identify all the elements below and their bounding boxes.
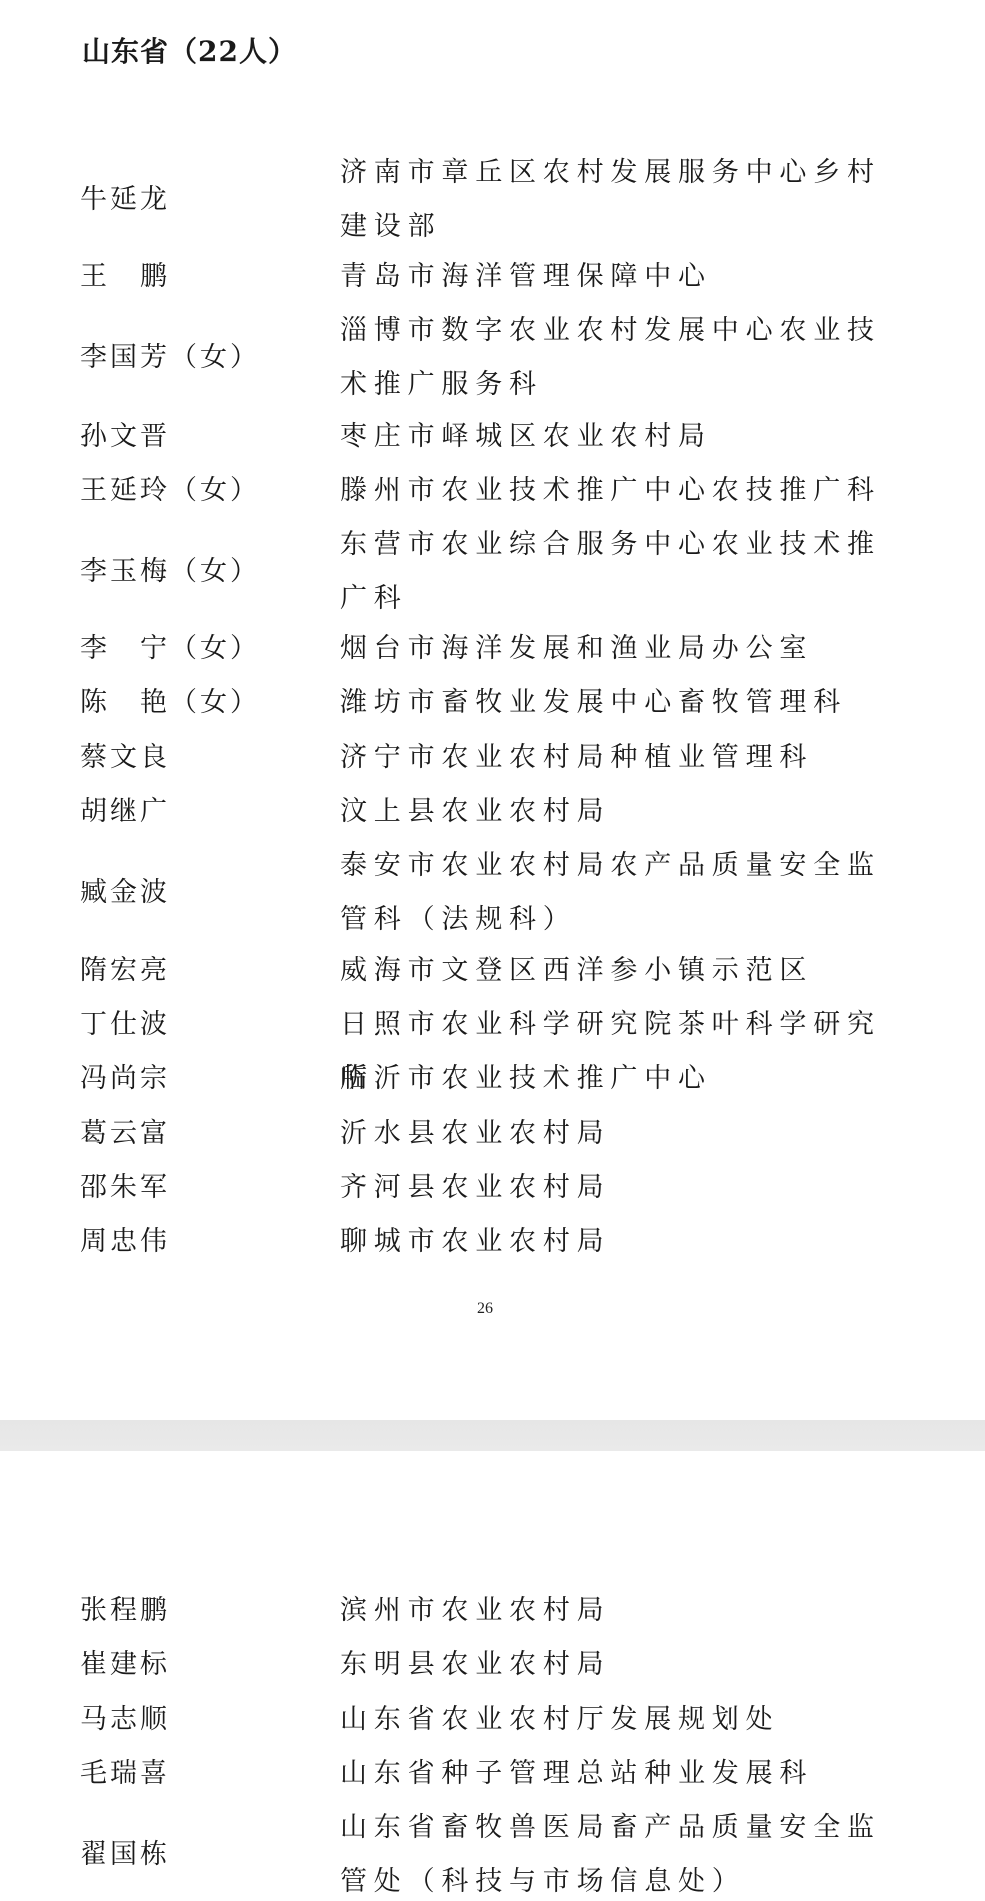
person-name: 李 宁（女） bbox=[80, 622, 260, 676]
person-name: 张程鹏 bbox=[80, 1584, 170, 1638]
list-item: 丁仕波日照市农业科学研究院茶叶科学研究所 bbox=[0, 998, 985, 1052]
person-name: 李国芳（女） bbox=[80, 331, 260, 385]
organization: 潍坊市畜牧业发展中心畜牧管理科 bbox=[340, 676, 900, 730]
person-name: 翟国栋 bbox=[80, 1828, 170, 1882]
organization: 滨州市农业农村局 bbox=[340, 1584, 900, 1638]
person-name: 丁仕波 bbox=[80, 998, 170, 1052]
person-name: 冯尚宗 bbox=[80, 1052, 170, 1106]
person-name: 马志顺 bbox=[80, 1693, 170, 1747]
organization: 山东省种子管理总站种业发展科 bbox=[340, 1747, 900, 1801]
person-name: 陈 艳（女） bbox=[80, 676, 260, 730]
list-item: 隋宏亮威海市文登区西洋参小镇示范区 bbox=[0, 944, 985, 998]
list-item: 毛瑞喜山东省种子管理总站种业发展科 bbox=[0, 1747, 985, 1801]
organization: 枣庄市峄城区农业农村局 bbox=[340, 410, 900, 464]
person-name: 牛延龙 bbox=[80, 173, 170, 227]
person-name: 胡继广 bbox=[80, 785, 170, 839]
list-item: 周忠伟聊城市农业农村局 bbox=[0, 1215, 985, 1269]
person-name: 蔡文良 bbox=[80, 731, 170, 785]
person-name: 葛云富 bbox=[80, 1107, 170, 1161]
list-item: 葛云富沂水县农业农村局 bbox=[0, 1107, 985, 1161]
organization: 山东省农业农村厅发展规划处 bbox=[340, 1693, 900, 1747]
list-item: 李 宁（女）烟台市海洋发展和渔业局办公室 bbox=[0, 622, 985, 676]
person-name: 臧金波 bbox=[80, 866, 170, 920]
province-heading: 山东省（22人） bbox=[82, 30, 297, 70]
person-name: 毛瑞喜 bbox=[80, 1747, 170, 1801]
organization: 烟台市海洋发展和渔业局办公室 bbox=[340, 622, 900, 676]
organization: 东明县农业农村局 bbox=[340, 1638, 900, 1692]
list-item: 邵朱军齐河县农业农村局 bbox=[0, 1161, 985, 1215]
list-item: 胡继广汶上县农业农村局 bbox=[0, 785, 985, 839]
organization: 青岛市海洋管理保障中心 bbox=[340, 250, 900, 304]
list-item: 牛延龙济南市章丘区农村发展服务中心乡村建设部 bbox=[0, 146, 985, 254]
list-item: 孙文晋枣庄市峄城区农业农村局 bbox=[0, 410, 985, 464]
list-item: 李国芳（女）淄博市数字农业农村发展中心农业技术推广服务科 bbox=[0, 304, 985, 412]
list-item: 张程鹏滨州市农业农村局 bbox=[0, 1584, 985, 1638]
list-item: 臧金波泰安市农业农村局农产品质量安全监管科（法规科） bbox=[0, 839, 985, 947]
organization: 滕州市农业技术推广中心农技推广科 bbox=[340, 464, 900, 518]
person-name: 王 鹏 bbox=[80, 250, 170, 304]
person-name: 崔建标 bbox=[80, 1638, 170, 1692]
list-item: 王延玲（女）滕州市农业技术推广中心农技推广科 bbox=[0, 464, 985, 518]
list-item: 崔建标东明县农业农村局 bbox=[0, 1638, 985, 1692]
page-separator bbox=[0, 1420, 985, 1451]
list-item: 马志顺山东省农业农村厅发展规划处 bbox=[0, 1693, 985, 1747]
list-item: 王 鹏青岛市海洋管理保障中心 bbox=[0, 250, 985, 304]
organization: 济南市章丘区农村发展服务中心乡村建设部 bbox=[340, 146, 900, 254]
organization: 汶上县农业农村局 bbox=[340, 785, 900, 839]
person-name: 王延玲（女） bbox=[80, 464, 260, 518]
organization: 东营市农业综合服务中心农业技术推广科 bbox=[340, 518, 900, 626]
list-item: 蔡文良济宁市农业农村局种植业管理科 bbox=[0, 731, 985, 785]
list-item: 翟国栋山东省畜牧兽医局畜产品质量安全监管处（科技与市场信息处） bbox=[0, 1801, 985, 1901]
organization: 沂水县农业农村局 bbox=[340, 1107, 900, 1161]
organization: 聊城市农业农村局 bbox=[340, 1215, 900, 1269]
person-name: 隋宏亮 bbox=[80, 944, 170, 998]
person-name: 孙文晋 bbox=[80, 410, 170, 464]
organization: 济宁市农业农村局种植业管理科 bbox=[340, 731, 900, 785]
organization: 威海市文登区西洋参小镇示范区 bbox=[340, 944, 900, 998]
person-name: 邵朱军 bbox=[80, 1161, 170, 1215]
organization: 齐河县农业农村局 bbox=[340, 1161, 900, 1215]
person-name: 周忠伟 bbox=[80, 1215, 170, 1269]
organization: 淄博市数字农业农村发展中心农业技术推广服务科 bbox=[340, 304, 900, 412]
list-item: 冯尚宗临沂市农业技术推广中心 bbox=[0, 1052, 985, 1106]
organization: 临沂市农业技术推广中心 bbox=[340, 1052, 900, 1106]
page-number: 26 bbox=[0, 1300, 970, 1318]
organization: 泰安市农业农村局农产品质量安全监管科（法规科） bbox=[340, 839, 900, 947]
organization: 山东省畜牧兽医局畜产品质量安全监管处（科技与市场信息处） bbox=[340, 1801, 900, 1901]
person-name: 李玉梅（女） bbox=[80, 545, 260, 599]
list-item: 李玉梅（女）东营市农业综合服务中心农业技术推广科 bbox=[0, 518, 985, 626]
list-item: 陈 艳（女）潍坊市畜牧业发展中心畜牧管理科 bbox=[0, 676, 985, 730]
